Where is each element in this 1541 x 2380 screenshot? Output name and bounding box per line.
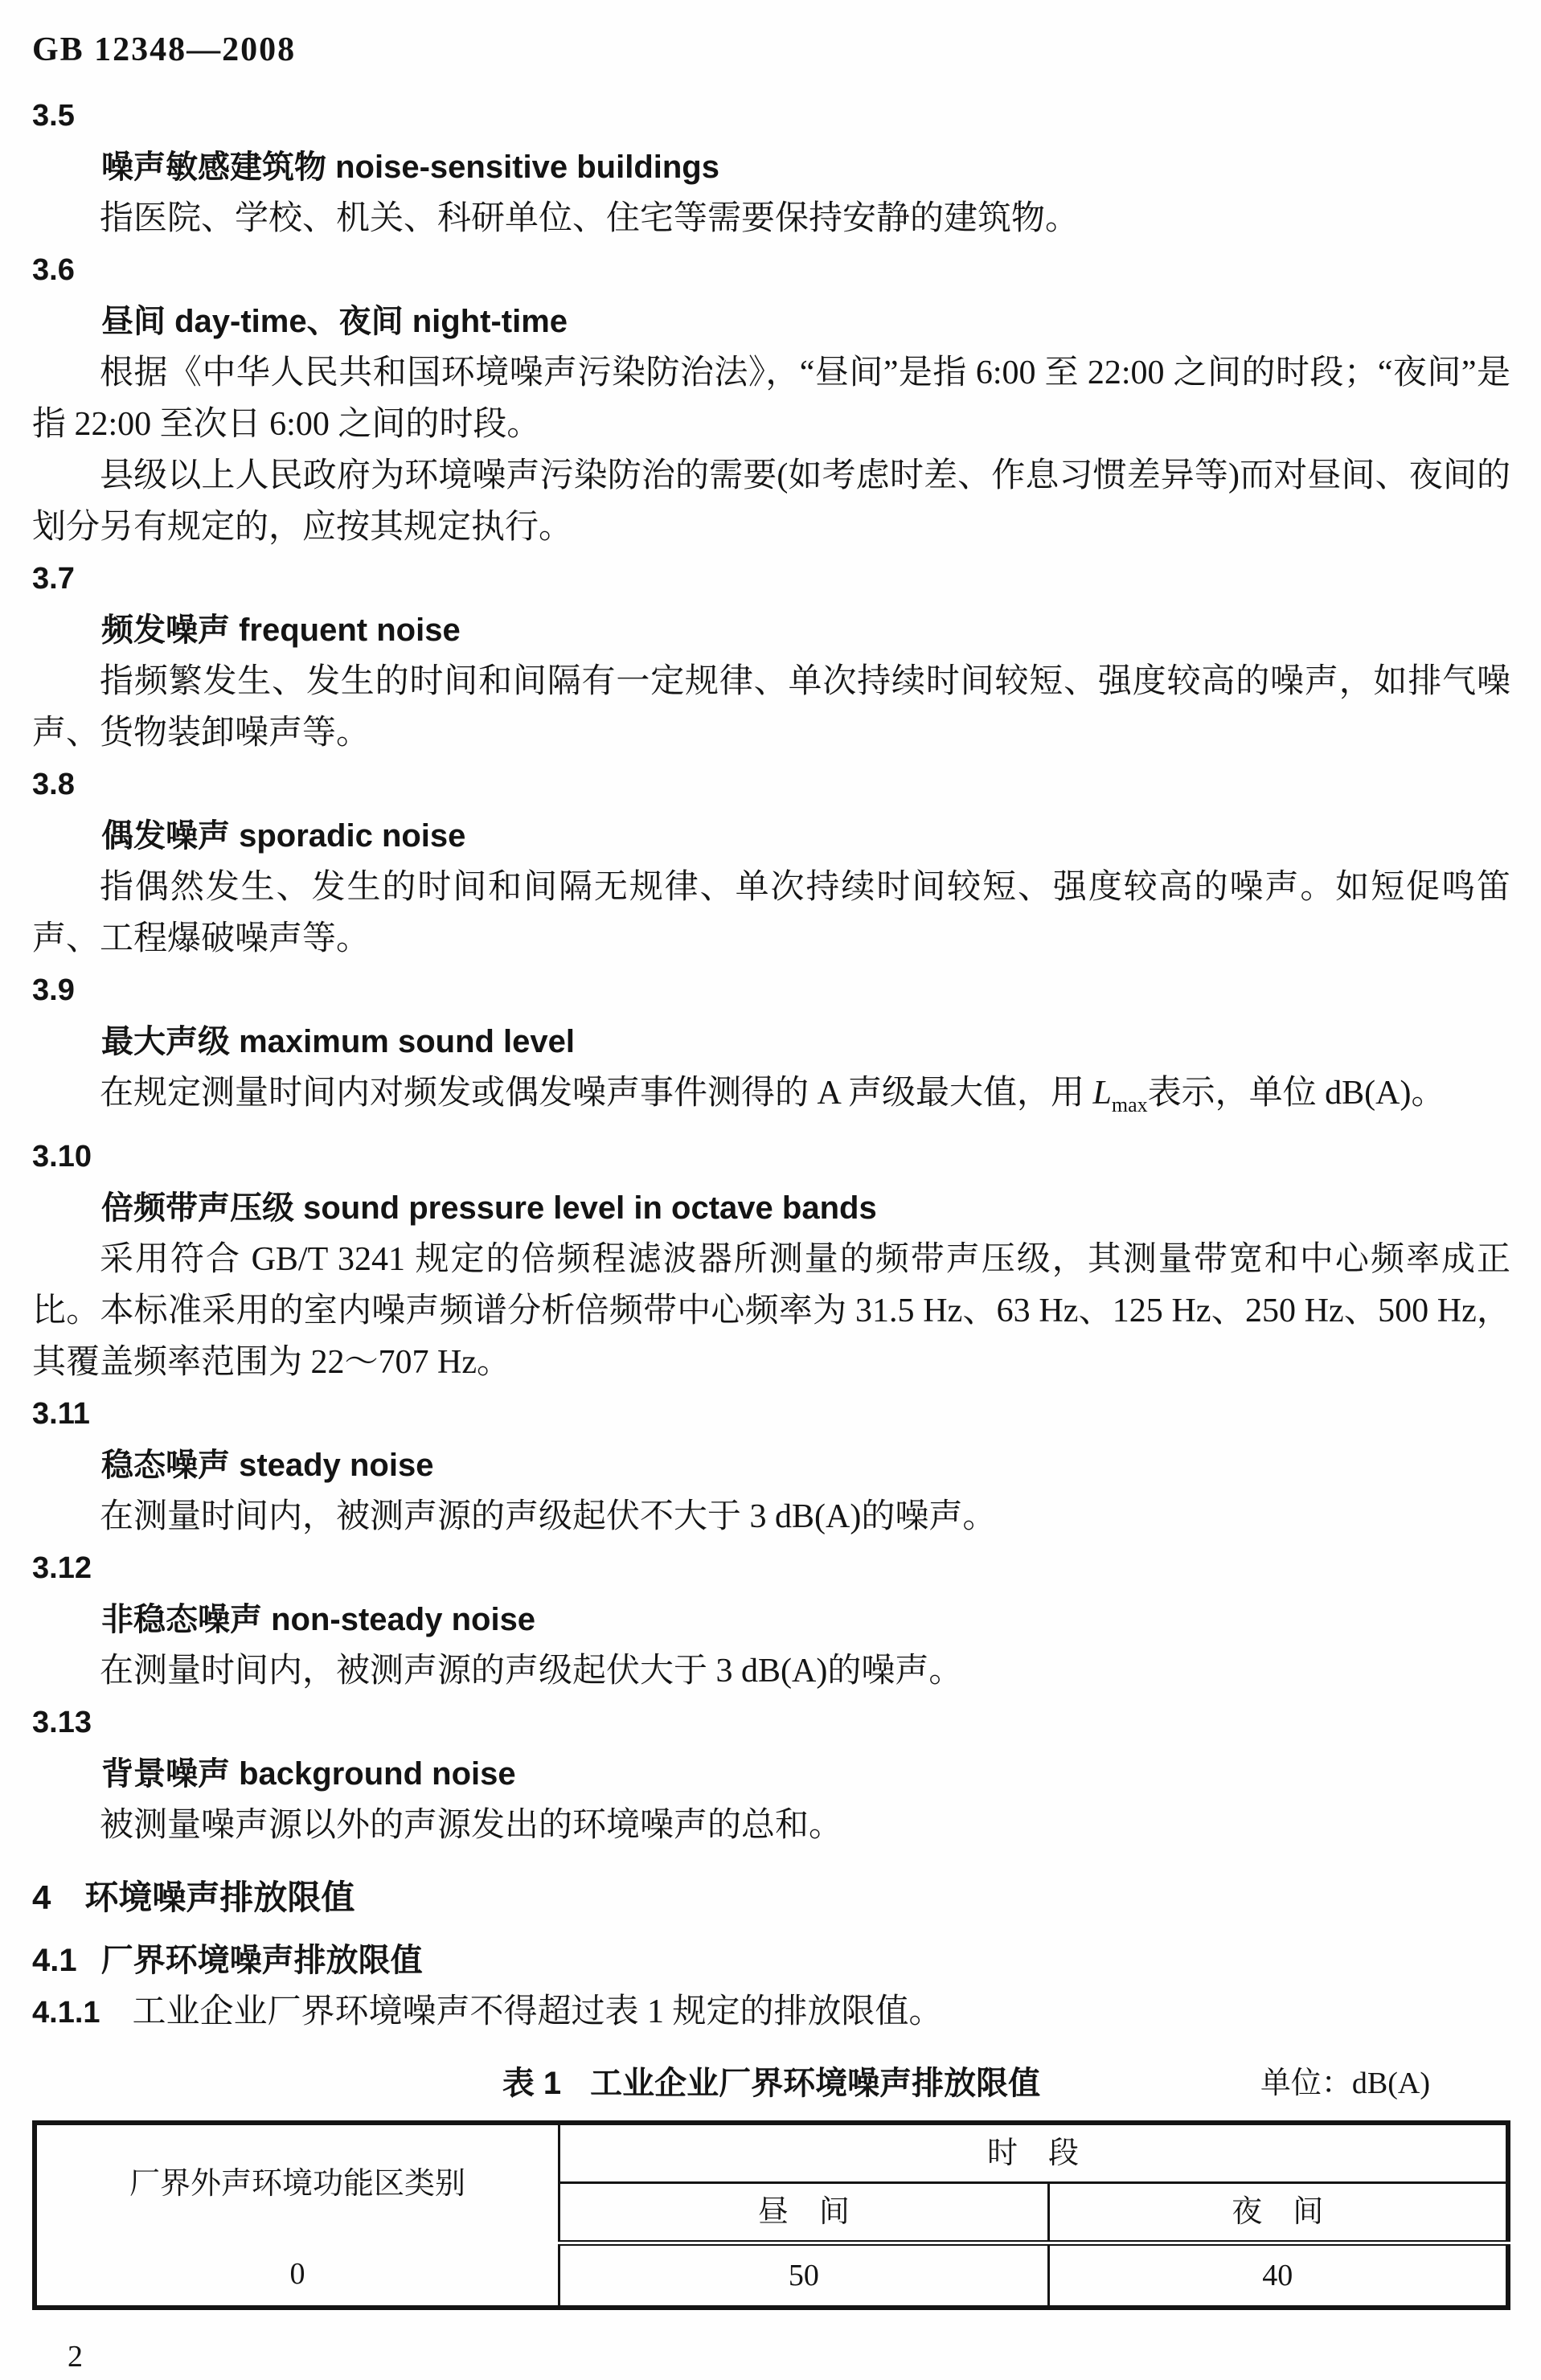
section-number: 3.10	[32, 1131, 1510, 1182]
section-paragraph: 根据《中华人民共和国环境噪声污染防治法》，“昼间”是指 6:00 至 22:00…	[32, 347, 1510, 450]
section-3-12: 3.12 非稳态噪声 non-steady noise 在测量时间内，被测声源的…	[32, 1542, 1510, 1697]
section-paragraph: 采用符合 GB/T 3241 规定的倍频程滤波器所测量的频带声压级，其测量带宽和…	[32, 1234, 1510, 1388]
header-cell-day: 昼 间	[559, 2183, 1049, 2243]
section-number: 3.11	[32, 1388, 1510, 1440]
cell-night-value: 40	[1048, 2243, 1508, 2308]
table-header-row-1: 厂界外声环境功能区类别 时 段	[35, 2123, 1508, 2183]
table-1-noise-limits: 厂界外声环境功能区类别 时 段 昼 间 夜 间 0 50 40	[32, 2120, 1510, 2310]
section-number: 3.9	[32, 965, 1510, 1016]
section-title: 背景噪声 background noise	[32, 1748, 1510, 1800]
section-title: 最大声级 maximum sound level	[32, 1016, 1510, 1067]
standard-code: GB 12348—2008	[32, 29, 1510, 71]
section-3-8: 3.8 偶发噪声 sporadic noise 指偶然发生、发生的时间和间隔无规…	[32, 759, 1510, 965]
section-paragraph: 指医院、学校、机关、科研单位、住宅等需要保持安静的建筑物。	[32, 193, 1510, 244]
section-number: 3.8	[32, 759, 1510, 810]
section-title: 倍频带声压级 sound pressure level in octave ba…	[32, 1182, 1510, 1234]
section-title: 噪声敏感建筑物 noise-sensitive buildings	[32, 141, 1510, 193]
header-cell-period: 时 段	[559, 2123, 1508, 2183]
section-paragraph: 被测量噪声源以外的声源发出的环境噪声的总和。	[32, 1800, 1510, 1851]
section-title: 厂界环境噪声排放限值	[101, 1943, 423, 1978]
document-page: GB 12348—2008 3.5 噪声敏感建筑物 noise-sensitiv…	[0, 0, 1541, 2380]
table-1-title: 工业企业厂界环境噪声排放限值	[590, 2066, 1040, 2101]
section-number: 3.7	[32, 553, 1510, 604]
table-1-label: 表 1	[502, 2066, 561, 2101]
page-number: 2	[32, 2339, 1510, 2374]
table-row: 0 50 40	[35, 2243, 1508, 2308]
header-cell-night: 夜 间	[1048, 2183, 1508, 2243]
section-paragraph: 指频繁发生、发生的时间和间隔有一定规律、单次持续时间较短、强度较高的噪声，如排气…	[32, 656, 1510, 759]
table-1-caption-row: 表 1工业企业厂界环境噪声排放限值 单位：dB(A)	[32, 2058, 1510, 2109]
section-title: 稳态噪声 steady noise	[32, 1440, 1510, 1491]
section-3-10: 3.10 倍频带声压级 sound pressure level in octa…	[32, 1131, 1510, 1388]
section-number: 3.6	[32, 244, 1510, 296]
cell-category-value: 0	[35, 2243, 559, 2308]
chapter-title: 环境噪声排放限值	[84, 1878, 355, 1916]
section-number: 3.12	[32, 1542, 1510, 1594]
section-3-7: 3.7 频发噪声 frequent noise 指频繁发生、发生的时间和间隔有一…	[32, 553, 1510, 759]
clause-4-1-1: 4.1.1工业企业厂界环境噪声不得超过表 1 规定的排放限值。	[32, 1986, 1510, 2038]
section-title: 偶发噪声 sporadic noise	[32, 810, 1510, 862]
section-number: 3.13	[32, 1697, 1510, 1748]
section-paragraph-with-formula: 在规定测量时间内对频发或偶发噪声事件测得的 A 声级最大值，用 Lmax表示，单…	[32, 1067, 1510, 1131]
section-3-9: 3.9 最大声级 maximum sound level 在规定测量时间内对频发…	[32, 965, 1510, 1131]
chapter-4-heading: 4环境噪声排放限值	[32, 1872, 1510, 1923]
section-title: 非稳态噪声 non-steady noise	[32, 1594, 1510, 1645]
section-3-11: 3.11 稳态噪声 steady noise 在测量时间内，被测声源的声级起伏不…	[32, 1388, 1510, 1542]
clause-text: 工业企业厂界环境噪声不得超过表 1 规定的排放限值。	[133, 1993, 943, 2030]
table-1-unit-note: 单位：dB(A)	[1260, 2058, 1430, 2109]
clause-number: 4.1.1	[32, 1996, 100, 2030]
section-paragraph: 在测量时间内，被测声源的声级起伏大于 3 dB(A)的噪声。	[32, 1645, 1510, 1697]
section-4-1-heading: 4.1厂界环境噪声排放限值	[32, 1935, 1510, 1986]
section-paragraph: 在测量时间内，被测声源的声级起伏不大于 3 dB(A)的噪声。	[32, 1491, 1510, 1542]
section-number: 4.1	[32, 1943, 77, 1978]
level-symbol-subscript: max	[1112, 1093, 1148, 1116]
section-title: 频发噪声 frequent noise	[32, 604, 1510, 656]
header-cell-category: 厂界外声环境功能区类别	[35, 2123, 559, 2243]
formula-text-after: 表示，单位 dB(A)。	[1148, 1075, 1445, 1112]
cell-day-value: 50	[559, 2243, 1049, 2308]
section-paragraph: 县级以上人民政府为环境噪声污染防治的需要(如考虑时差、作息习惯差异等)而对昼间、…	[32, 450, 1510, 553]
section-title: 昼间 day-time、夜间 night-time	[32, 296, 1510, 347]
section-number: 3.5	[32, 90, 1510, 141]
section-3-13: 3.13 背景噪声 background noise 被测量噪声源以外的声源发出…	[32, 1697, 1510, 1851]
section-3-6: 3.6 昼间 day-time、夜间 night-time 根据《中华人民共和国…	[32, 244, 1510, 553]
chapter-number: 4	[32, 1878, 51, 1916]
level-symbol: L	[1093, 1075, 1112, 1112]
table-1-caption: 表 1工业企业厂界环境噪声排放限值	[502, 2066, 1040, 2101]
section-paragraph: 指偶然发生、发生的时间和间隔无规律、单次持续时间较短、强度较高的噪声。如短促鸣笛…	[32, 862, 1510, 965]
formula-text-before: 在规定测量时间内对频发或偶发噪声事件测得的 A 声级最大值，用	[100, 1075, 1093, 1112]
section-3-5: 3.5 噪声敏感建筑物 noise-sensitive buildings 指医…	[32, 90, 1510, 244]
